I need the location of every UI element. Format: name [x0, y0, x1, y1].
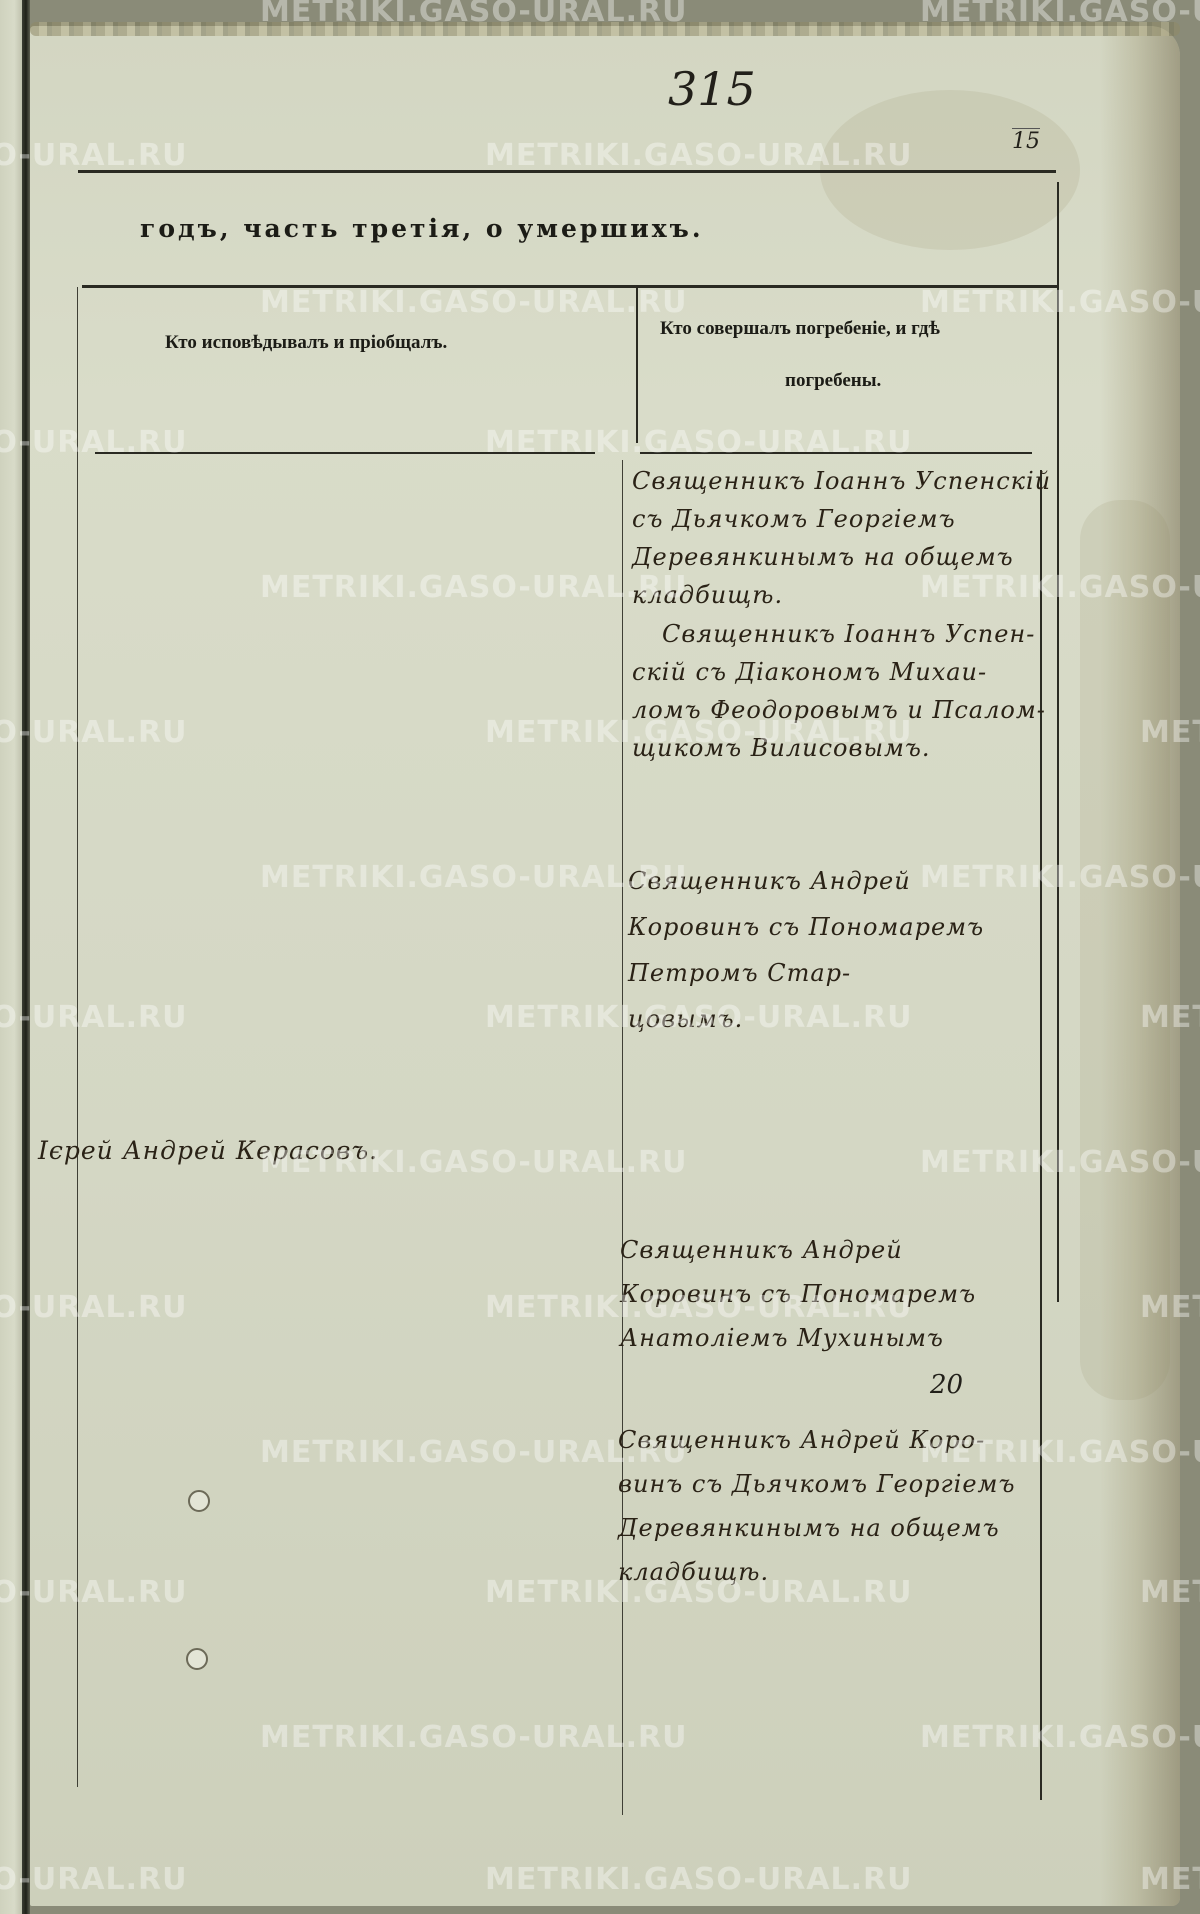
entry-line: винъ съ Дьячкомъ Георгіемъ — [618, 1462, 1015, 1506]
burial-entry-1: Священникъ Іоаннъ Успенскій съ Дьячкомъ … — [632, 462, 1051, 614]
entry-line: скій съ Діакономъ Михаи- — [632, 653, 1046, 691]
margin-mark: 20 — [930, 1370, 963, 1400]
burial-entry-5: Священникъ Андрей Коро- винъ съ Дьячкомъ… — [618, 1418, 1015, 1594]
column-header-confessor: Кто исповѣдывалъ и пріобщалъ. — [165, 332, 447, 354]
header-top-rule — [78, 170, 1056, 173]
burial-entry-2: Священникъ Іоаннъ Успен- скій съ Діаконо… — [632, 615, 1046, 767]
paper-stain — [1080, 500, 1170, 1400]
entry-line: кладбищѣ. — [632, 576, 1051, 614]
entry-line: Священникъ Андрей — [628, 858, 984, 904]
entry-line: Священникъ Андрей Коро- — [618, 1418, 1015, 1462]
header-title: годъ, часть третія, о умершихъ. — [140, 214, 704, 243]
entry-line: Священникъ Іоаннъ Успен- — [632, 615, 1046, 653]
entry-line: Священникъ Іоаннъ Успенскій — [632, 462, 1051, 500]
burial-entry-3: Священникъ Андрей Коровинъ съ Пономаремъ… — [628, 858, 984, 1042]
entry-line: ломъ Феодоровымъ и Псалом- — [632, 691, 1046, 729]
column-header-burial-line1: Кто совершалъ погребеніе, и гдѣ — [660, 318, 940, 340]
column-divider-header — [636, 287, 638, 443]
torn-top-edge — [30, 22, 1180, 36]
corner-mark: 15 — [1012, 128, 1040, 154]
burial-column-left-line — [622, 460, 623, 1815]
entry-line: Коровинъ съ Пономаремъ — [628, 904, 984, 950]
table-top-rule — [82, 285, 1057, 288]
burial-entry-4: Священникъ Андрей Коровинъ съ Пономаремъ… — [620, 1228, 976, 1360]
entry-line: щикомъ Вилисовымъ. — [632, 729, 1046, 767]
paper-hole — [188, 1490, 210, 1512]
header-bottom-rule-right — [640, 452, 1032, 454]
header-bottom-rule-left — [95, 452, 595, 454]
entry-line: Деревянкинымъ на общемъ — [632, 538, 1051, 576]
previous-page-edge — [0, 0, 24, 1914]
book-binding — [22, 0, 30, 1914]
left-column-line — [77, 287, 78, 1787]
entry-line: Петромъ Стар- — [628, 950, 984, 996]
entry-line: кладбищѣ. — [618, 1550, 1015, 1594]
entry-line: Деревянкинымъ на общемъ — [618, 1506, 1015, 1550]
right-frame-line — [1057, 182, 1059, 1302]
register-page — [30, 26, 1180, 1906]
paper-hole — [186, 1648, 208, 1670]
entry-line: Коровинъ съ Пономаремъ — [620, 1272, 976, 1316]
entry-line: Священникъ Андрей — [620, 1228, 976, 1272]
entry-line: цовымъ. — [628, 996, 984, 1042]
page-number: 315 — [668, 62, 756, 116]
column-header-burial-line2: погребены. — [785, 370, 881, 392]
entry-line: Анатоліемъ Мухинымъ — [620, 1316, 976, 1360]
confessor-entry: Ієрей Андрей Керасовъ. — [38, 1132, 378, 1170]
entry-line: съ Дьячкомъ Георгіемъ — [632, 500, 1051, 538]
